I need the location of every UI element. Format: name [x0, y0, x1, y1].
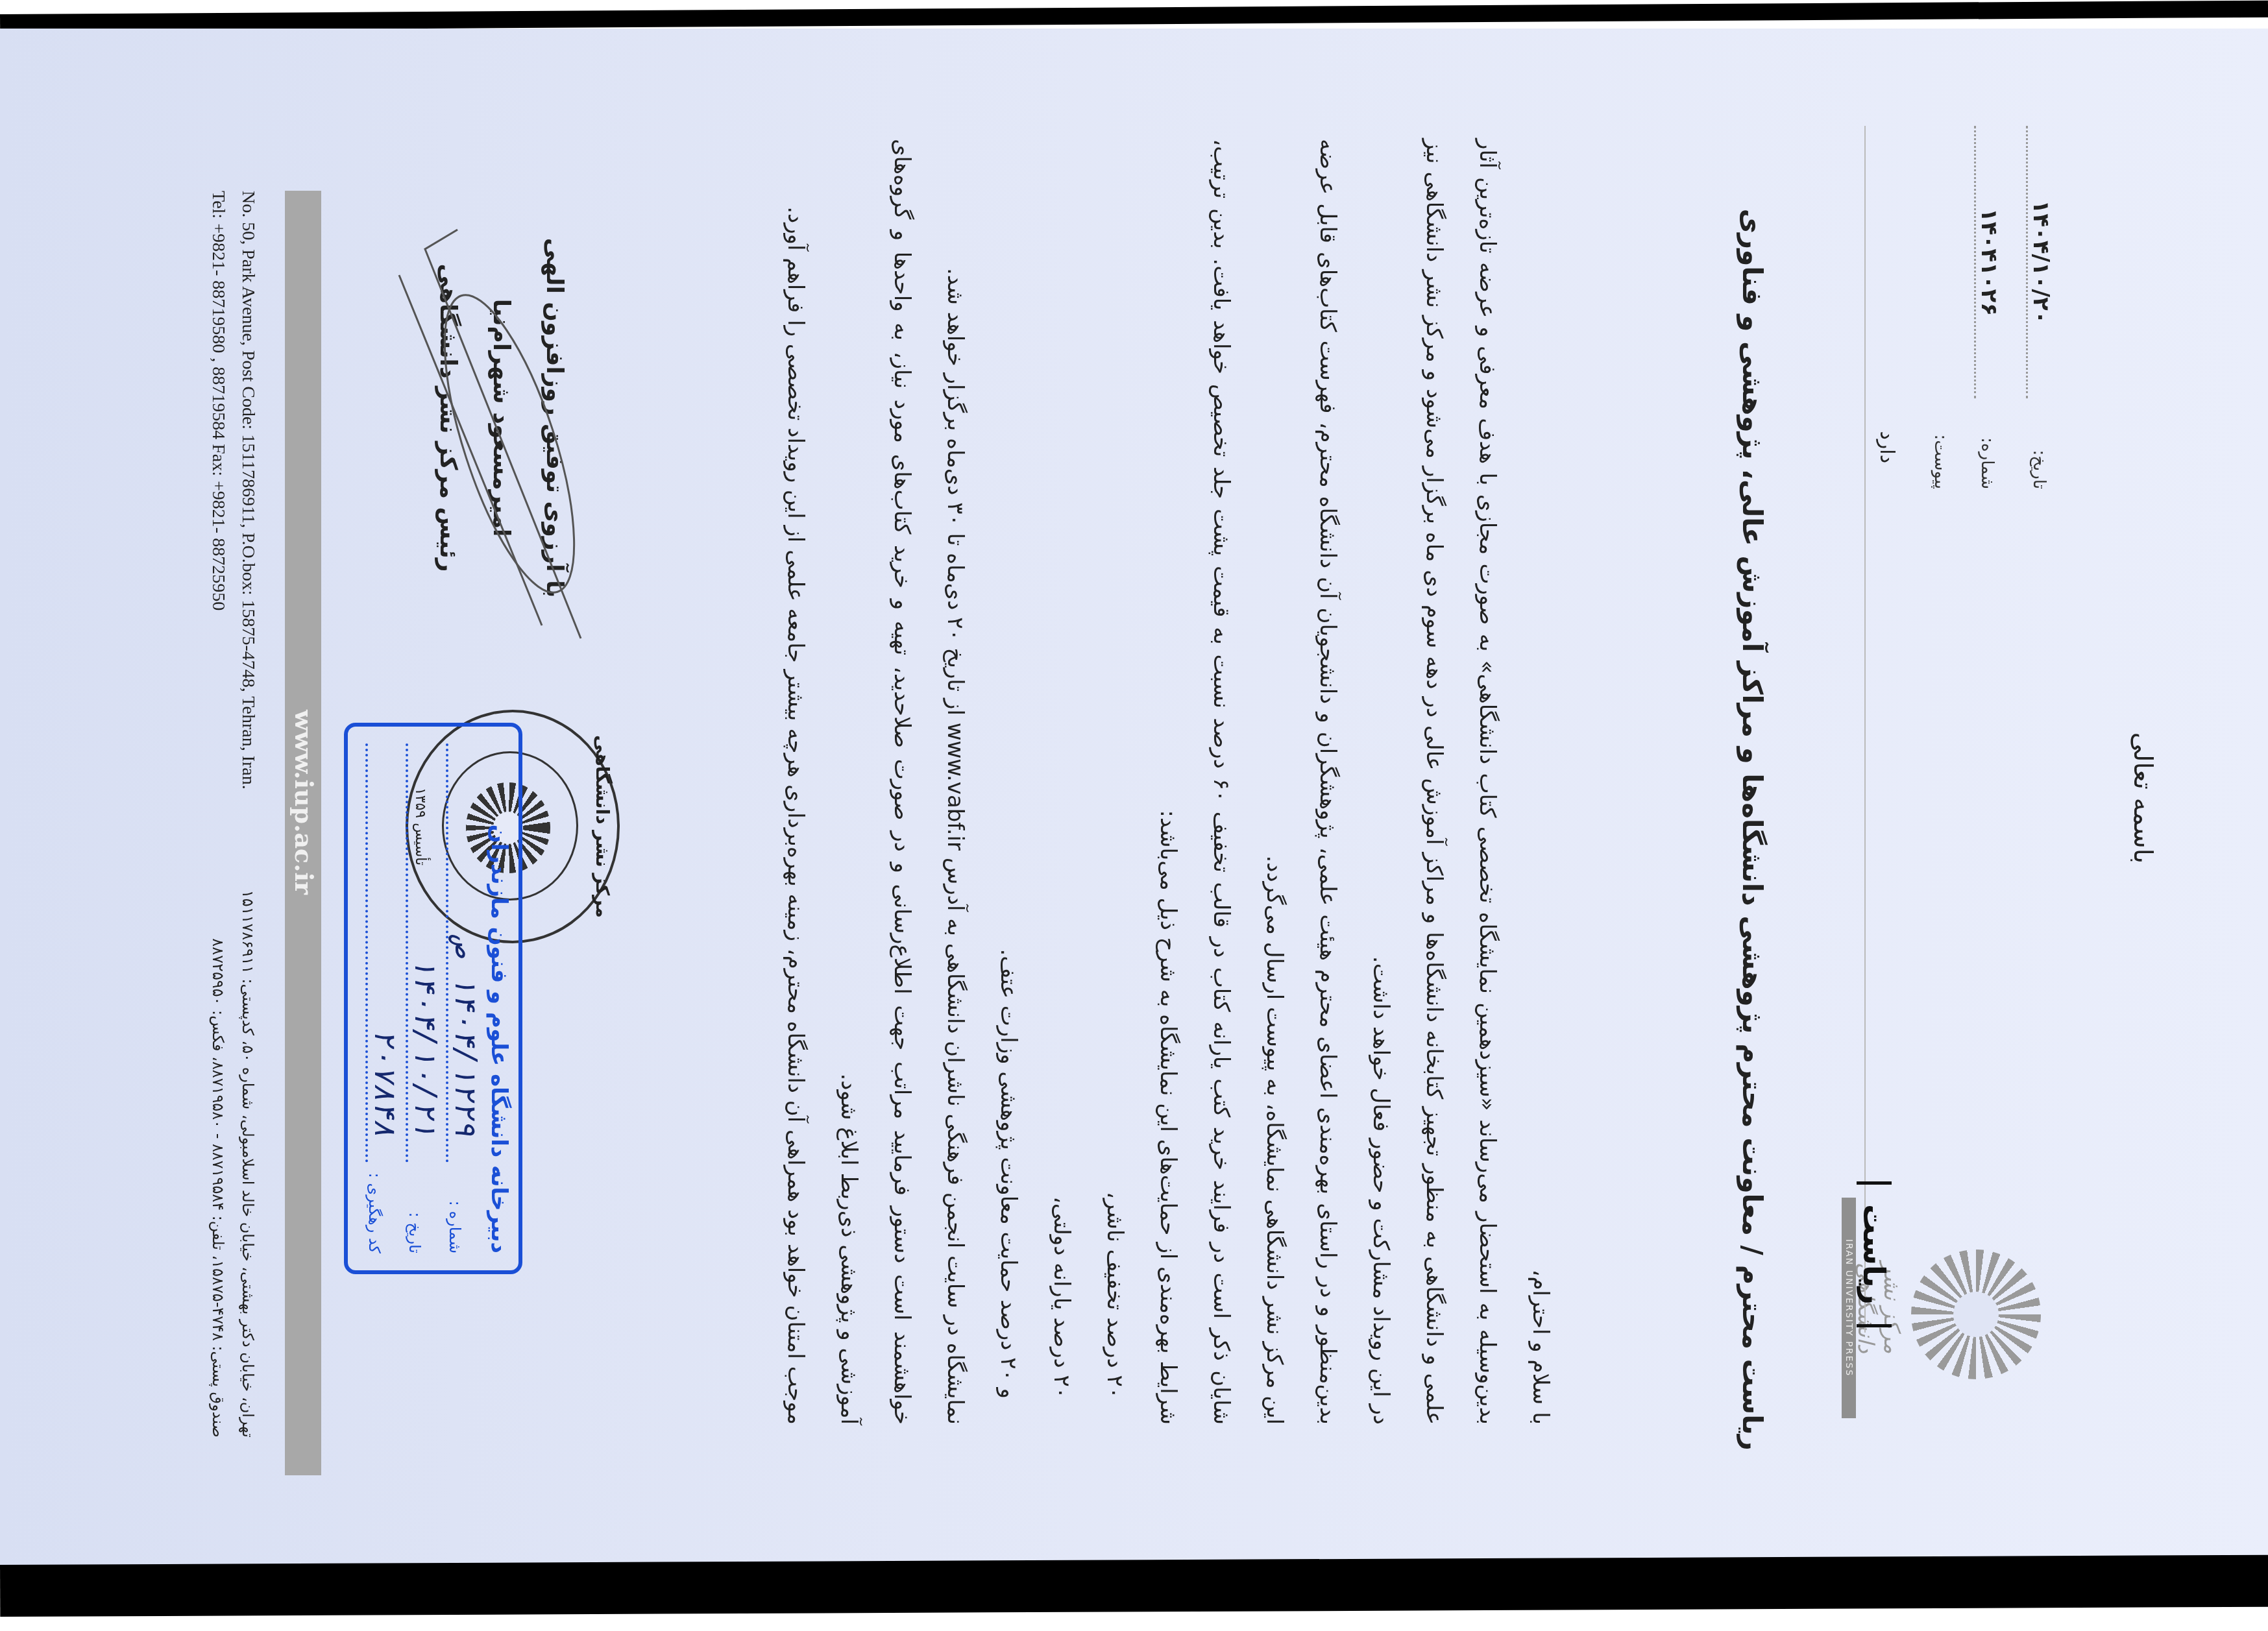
meta-number: شماره: ۱۴۰۴۱۰۲۶ [1950, 126, 2002, 489]
attachment-label: پیوست: [1931, 398, 1950, 489]
letter-body: با سلام و احترام، بدین‌وسیله به استحضار … [769, 139, 1567, 1425]
number-label: شماره: [1977, 398, 1997, 489]
sec-date-value: ۱۴۰۴/۱۰/۲۱ [408, 957, 443, 1137]
bullet-item: ۲۰ درصد تخفیف ناشر، [1088, 139, 1141, 1425]
date-value: ۱۴۰۴/۱۰/۲۰ [2026, 126, 2054, 398]
footer-website-link[interactable]: www.iup.ac.ir [289, 710, 319, 895]
presidency-stamp: ریاست [1857, 1181, 1892, 1327]
date-label: تاریخ: [2029, 398, 2049, 489]
recipient-line: ریاست محترم / معاونت محترم پژوهشی دانشگا… [1737, 126, 1768, 1451]
meta-attachment: پیوست: [1898, 126, 1950, 489]
meta-date: تاریخ: ۱۴۰۴/۱۰/۲۰ [2002, 126, 2054, 489]
sec-tracking-label: کد رهگیری : [365, 1163, 384, 1253]
body-paragraph-1: بدین‌وسیله به استحضار می‌رساند «سیزدهمین… [1354, 139, 1514, 1425]
footer-address-fa: تهران، خیابان دکتر بهشتی، خیابان خالد اس… [203, 789, 263, 1438]
sec-number-label: شماره : [446, 1163, 464, 1253]
signature-closing: با آرزوی توفیق روزافزون الهی [528, 191, 581, 645]
body-paragraph-4: نمایشگاه در سایت انجمن فرهنگی ناشران دان… [929, 139, 982, 1425]
signatory-name: امیرمسعود شهرام‌نیا [474, 191, 528, 645]
sec-number-value: ۱۴۰۴/۱۲۲۹ ص [448, 939, 483, 1137]
sun-emblem-icon [1911, 1250, 2041, 1379]
greeting: با سلام و احترام، [1514, 139, 1567, 1425]
body-paragraph-6: موجب امتنان خواهد بود همراهی آن دانشگاه … [769, 139, 822, 1425]
scan-border-bottom [0, 1555, 2268, 1617]
number-value: ۱۴۰۴۱۰۲۶ [1974, 126, 2002, 398]
body-paragraph-2: بدین‌منظور و در راستای بهره‌مندی اعضای م… [1248, 139, 1354, 1425]
sec-date-label: تاریخ : [406, 1163, 424, 1253]
body-paragraph-3: شایان ذکر است در فرایند خرید کتب یارانه … [1141, 139, 1248, 1425]
attachment-value: دارد [1875, 126, 1898, 489]
footer-address-line-fa: تهران، خیابان دکتر بهشتی، خیابان خالد اس… [233, 789, 263, 1438]
secretariat-title: دبیرخانه دانشگاه علوم و فنون مازندران [486, 743, 512, 1253]
footer-bar: www.iup.ac.ir [285, 191, 321, 1475]
scan-border-top [0, 1, 2268, 31]
footer-phone-line-fa: صندوق پستی: ۴۷۴۸-۱۵۸۷۵، تلفن: ۸۸۷۱۹۵۸۴ -… [203, 789, 233, 1438]
body-paragraph-5: خواهشمند است دستور فرمایید مراتب جهت اطل… [822, 139, 929, 1425]
round-seal-text: مرکز نشر دانشگاهی [592, 712, 613, 941]
logo-band-text: IRAN UNIVERSITY PRESS [1842, 1198, 1856, 1418]
letter-page: باسمه تعالی مرکز نشر دانشگاهی IRAN UNIVE… [0, 29, 2268, 1567]
signatory-title: رئیس مرکز نشر دانشگاهی [421, 191, 474, 645]
secretariat-stamp: دبیرخانه دانشگاه علوم و فنون مازندران شم… [344, 723, 522, 1274]
signature-block: با آرزوی توفیق روزافزون الهی امیرمسعود ش… [421, 191, 581, 645]
sec-tracking-value: ۲۰۷۸۴۸ [368, 1029, 403, 1137]
letter-meta: تاریخ: ۱۴۰۴/۱۰/۲۰ شماره: ۱۴۰۴۱۰۲۶ پیوست:… [1875, 126, 2054, 489]
basmala: باسمه تعالی [2128, 29, 2158, 1567]
header-divider [1864, 126, 1866, 1333]
bullet-item: و ۲۰ درصد حمایت معاونت پژوهشی وزارت عتف. [982, 139, 1035, 1425]
bullet-item: ۲۰ درصد یارانه دولتی، [1035, 139, 1088, 1425]
